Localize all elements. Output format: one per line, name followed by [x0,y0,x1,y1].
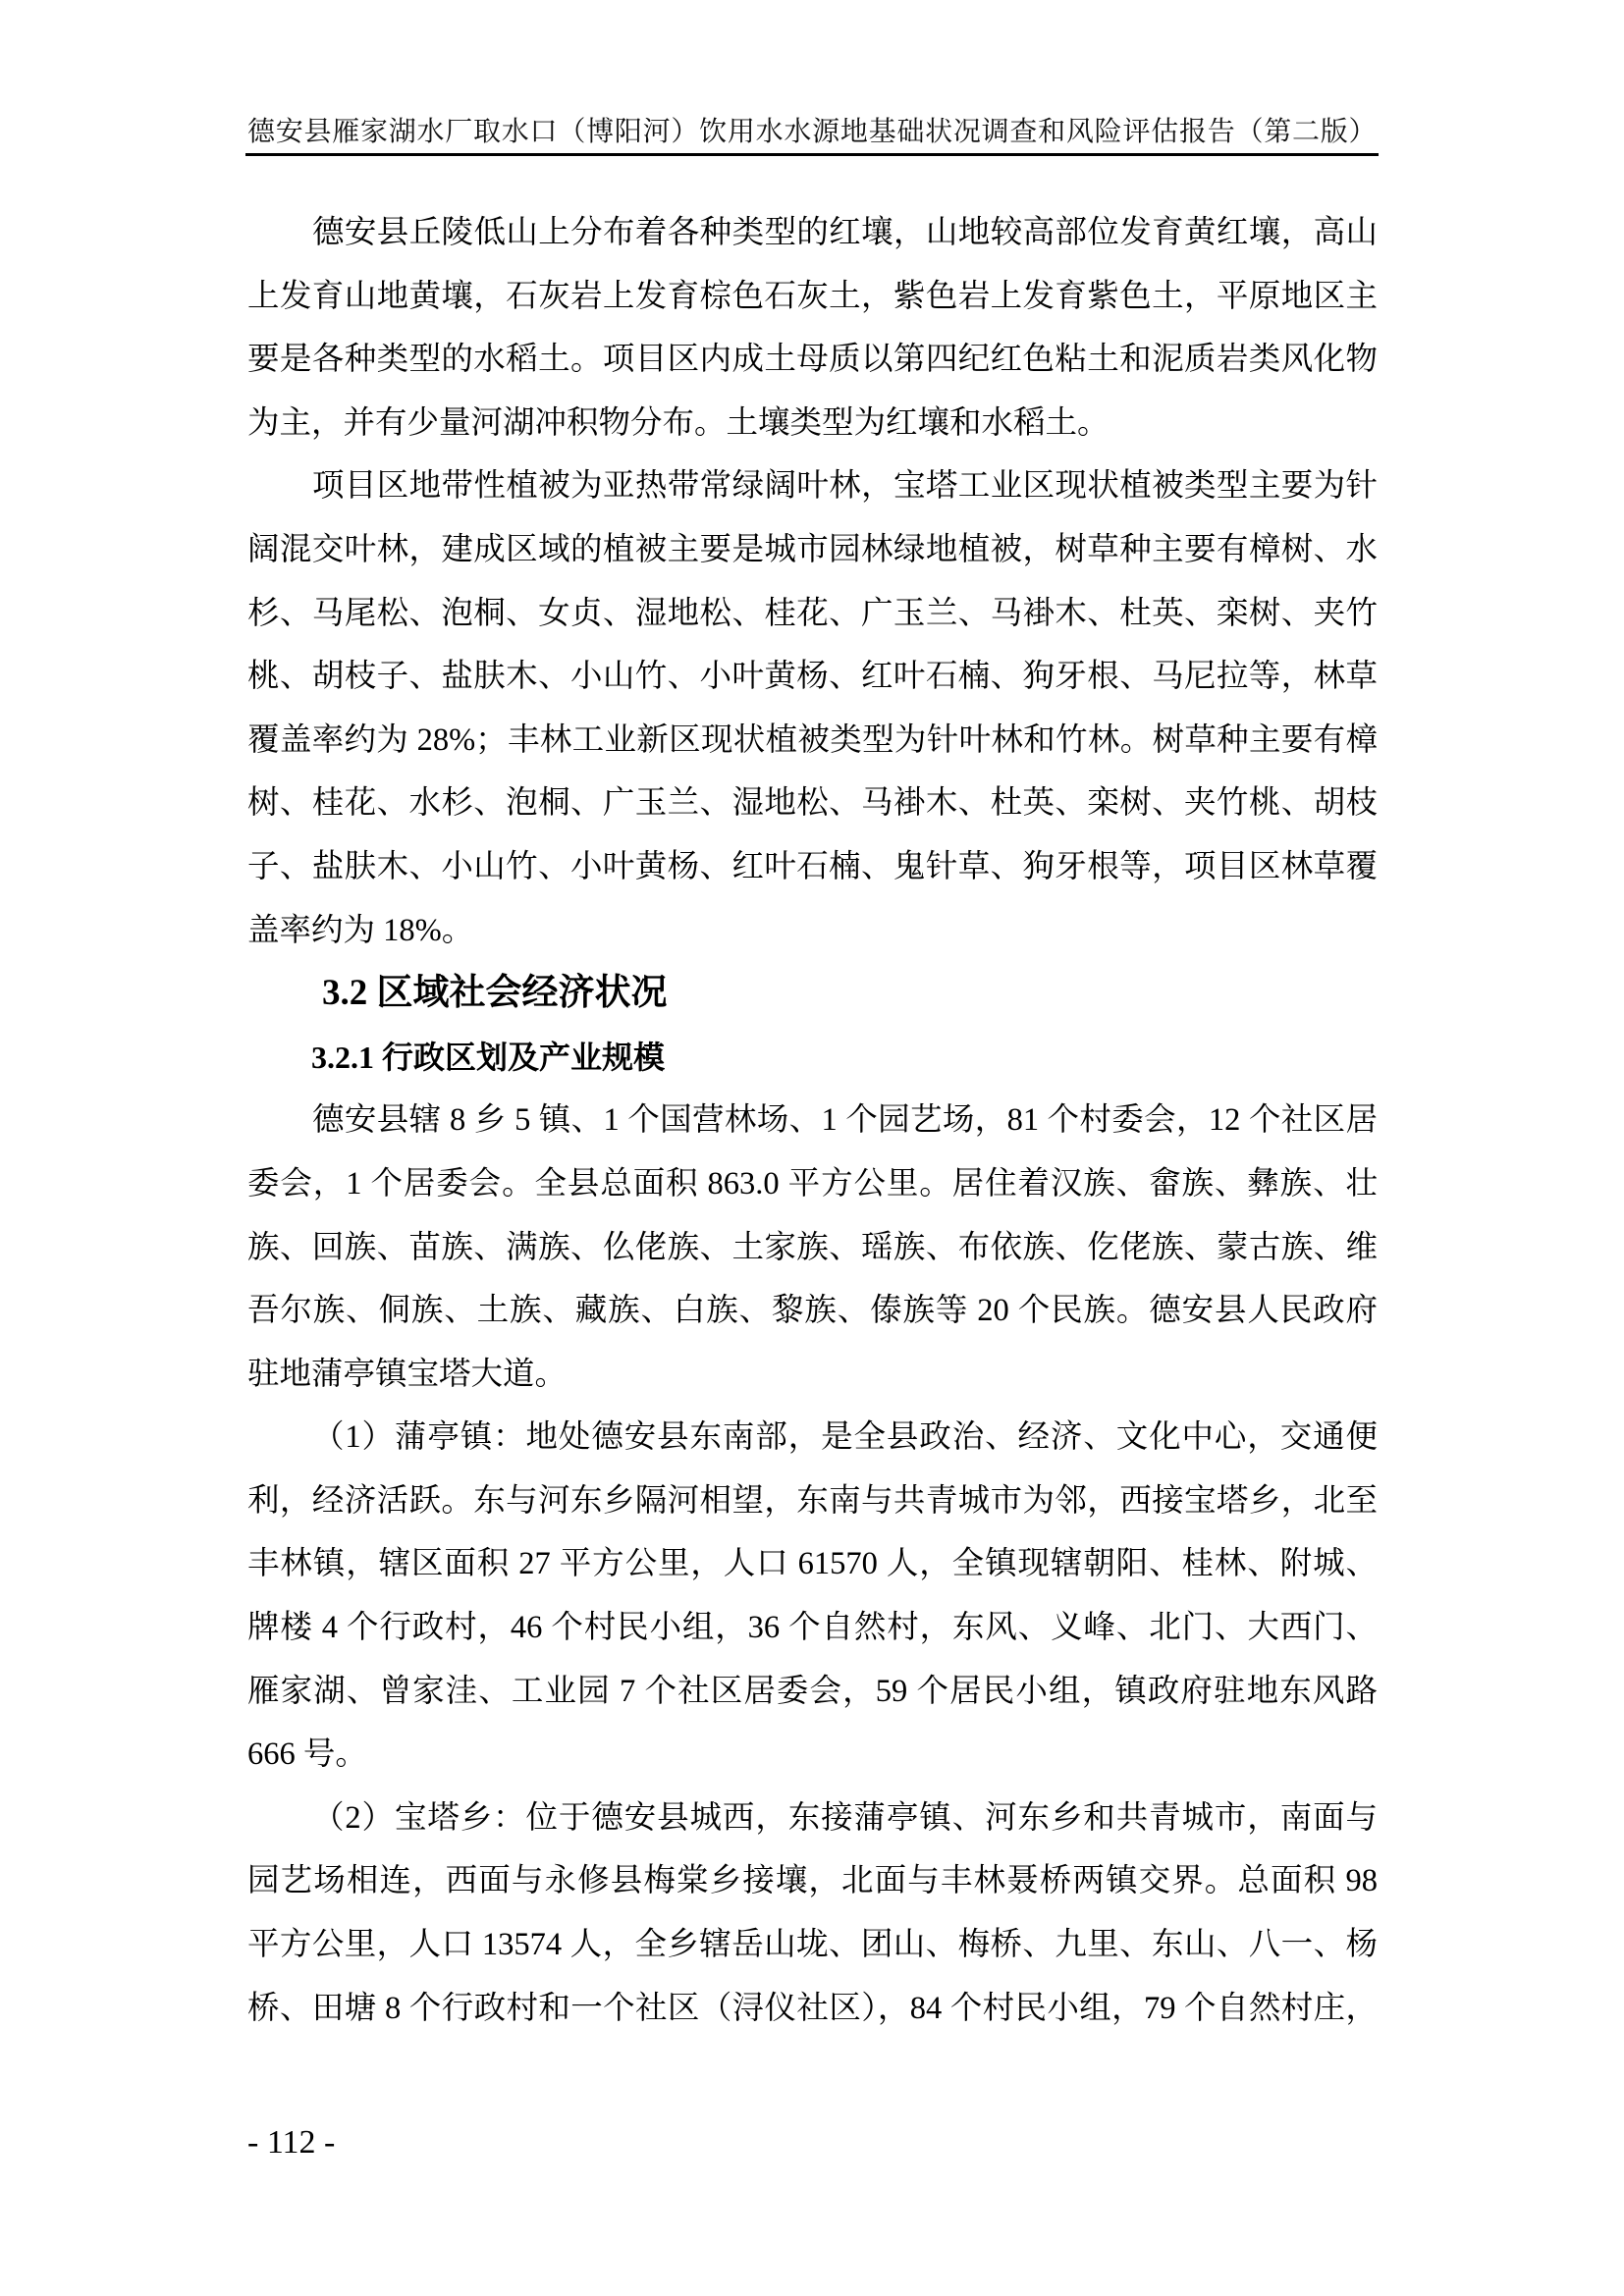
text-line: 树、桂花、水杉、泡桐、广玉兰、湿地松、马褂木、杜英、栾树、夹竹桃、胡枝 [247,772,1378,835]
text-line: 平方公里，人口 13574 人，全乡辖岳山垅、团山、梅桥、九里、东山、八一、杨 [247,1913,1378,1977]
text-line: 桃、胡枝子、盐肤木、小山竹、小叶黄杨、红叶石楠、狗牙根、马尼拉等，林草 [247,645,1378,709]
text-line: 委会，1 个居委会。全县总面积 863.0 平方公里。居住着汉族、畲族、彝族、壮 [247,1152,1378,1216]
text-line: 园艺场相连，西面与永修县梅棠乡接壤，北面与丰林聂桥两镇交界。总面积 98 [247,1849,1378,1913]
text-line: 为主，并有少量河湖冲积物分布。土壤类型为红壤和水稻土。 [247,392,1378,455]
paragraph-soil-types: 德安县丘陵低山上分布着各种类型的红壤，山地较高部位发育黄红壤，高山 上发育山地黄… [247,201,1378,454]
text-line: 桥、田塘 8 个行政村和一个社区（浔仪社区），84 个村民小组，79 个自然村庄… [247,1977,1378,2041]
text-line: 牌楼 4 个行政村，46 个村民小组，36 个自然村，东风、义峰、北门、大西门、 [247,1596,1378,1660]
subsection-heading: 3.2.1 行政区划及产业规模 [247,1026,1378,1090]
text-line: 要是各种类型的水稻土。项目区内成土母质以第四纪红色粘土和泥质岩类风化物 [247,328,1378,392]
section-heading: 3.2 区域社会经济状况 [247,962,1378,1026]
text-line: 子、盐肤木、小山竹、小叶黄杨、红叶石楠、鬼针草、狗牙根等，项目区林草覆 [247,835,1378,899]
text-line: 666 号。 [247,1723,1378,1787]
text-line: 族、回族、苗族、满族、仫佬族、土家族、瑶族、布依族、仡佬族、蒙古族、维 [247,1216,1378,1280]
text-line: 盖率约为 18%。 [247,899,1378,963]
header-divider [245,153,1379,156]
text-line: 德安县丘陵低山上分布着各种类型的红壤，山地较高部位发育黄红壤，高山 [247,201,1378,265]
paragraph-baota-township: （2）宝塔乡：位于德安县城西，东接蒲亭镇、河东乡和共青城市，南面与 园艺场相连，… [247,1787,1378,2040]
page-number: - 112 - [247,2120,335,2165]
text-line: 吾尔族、侗族、土族、藏族、白族、黎族、傣族等 20 个民族。德安县人民政府 [247,1279,1378,1343]
running-header-title: 德安县雁家湖水厂取水口（博阳河）饮用水水源地基础状况调查和风险评估报告（第二版） [247,114,1377,151]
text-line: 驻地蒲亭镇宝塔大道。 [247,1343,1378,1407]
text-line: 覆盖率约为 28%；丰林工业新区现状植被类型为针叶林和竹林。树草种主要有樟 [247,709,1378,773]
text-line: 上发育山地黄壤，石灰岩上发育棕色石灰土，紫色岩上发育紫色土，平原地区主 [247,265,1378,329]
document-page: 德安县雁家湖水厂取水口（博阳河）饮用水水源地基础状况调查和风险评估报告（第二版）… [0,0,1624,2296]
paragraph-puting-town: （1）蒲亭镇：地处德安县东南部，是全县政治、经济、文化中心，交通便 利，经济活跃… [247,1406,1378,1787]
paragraph-vegetation: 项目区地带性植被为亚热带常绿阔叶林，宝塔工业区现状植被类型主要为针 阔混交叶林，… [247,454,1378,962]
page-body: 德安县丘陵低山上分布着各种类型的红壤，山地较高部位发育黄红壤，高山 上发育山地黄… [247,201,1378,2040]
text-line: 丰林镇，辖区面积 27 平方公里，人口 61570 人，全镇现辖朝阳、桂林、附城… [247,1532,1378,1596]
paragraph-administrative-divisions: 德安县辖 8 乡 5 镇、1 个国营林场、1 个园艺场，81 个村委会，12 个… [247,1089,1378,1406]
text-line: 利，经济活跃。东与河东乡隔河相望，东南与共青城市为邻，西接宝塔乡，北至 [247,1469,1378,1533]
text-line: 项目区地带性植被为亚热带常绿阔叶林，宝塔工业区现状植被类型主要为针 [247,454,1378,518]
text-line: 阔混交叶林，建成区域的植被主要是城市园林绿地植被，树草种主要有樟树、水 [247,518,1378,582]
text-line: 雁家湖、曾家洼、工业园 7 个社区居委会，59 个居民小组，镇政府驻地东风路 [247,1660,1378,1724]
text-line: 杉、马尾松、泡桐、女贞、湿地松、桂花、广玉兰、马褂木、杜英、栾树、夹竹 [247,582,1378,646]
text-line: （2）宝塔乡：位于德安县城西，东接蒲亭镇、河东乡和共青城市，南面与 [247,1787,1378,1850]
text-line: 德安县辖 8 乡 5 镇、1 个国营林场、1 个园艺场，81 个村委会，12 个… [247,1089,1378,1152]
text-line: （1）蒲亭镇：地处德安县东南部，是全县政治、经济、文化中心，交通便 [247,1406,1378,1469]
